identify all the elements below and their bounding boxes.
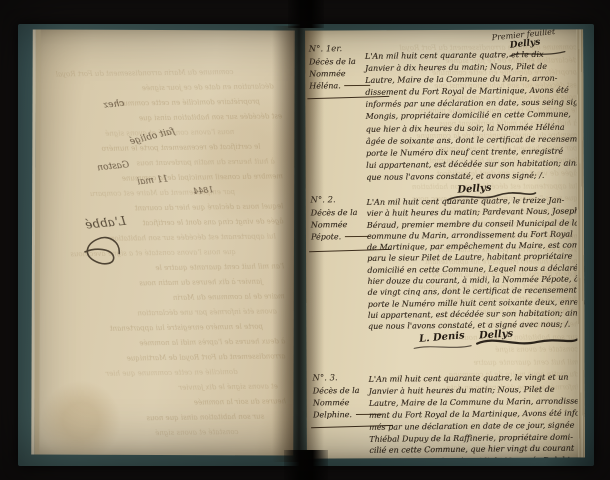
signature-flourish-icon [413,343,473,352]
text-line: que nous l'avons constaté, et avons sign… [366,169,578,183]
signature-flourish-icon [475,332,579,349]
showthrough-fragment: chez [103,99,125,111]
left-page: commune du Marin arrondissement du Fort … [31,30,294,456]
register-entry-2: N°. 2. Décès de laNomméePépote. L'An mil… [305,191,583,194]
photo-scene: commune du Marin arrondissement du Fort … [0,0,610,480]
register-entry-3: N°. 3. Décès de laNomméeDelphine. L'An m… [307,369,584,372]
spine-shadow-top [288,0,324,28]
text-line: lui appartenant, est décédée sur son hab… [366,157,578,171]
page-content: Premier feuillet Dellys N°. 1er. Décès d… [305,29,585,458]
text-line: que nous l'avons constaté, et a signé av… [368,319,580,333]
entry-2-text: L'An mil huit cent quarante quatre, le t… [366,194,580,332]
right-page: commune du Marin arrondissement du Fort … [305,29,585,458]
spine-shadow-bottom [284,450,328,480]
mirrored-signature-flourish-icon [78,231,124,270]
text-line: constaté et avons signé [49,424,286,442]
entry-3-text: L'An mil huit cent quarante quatre, le v… [368,371,581,458]
entry-1-text: L'An mil huit cent quarante quatre, et l… [365,48,578,183]
